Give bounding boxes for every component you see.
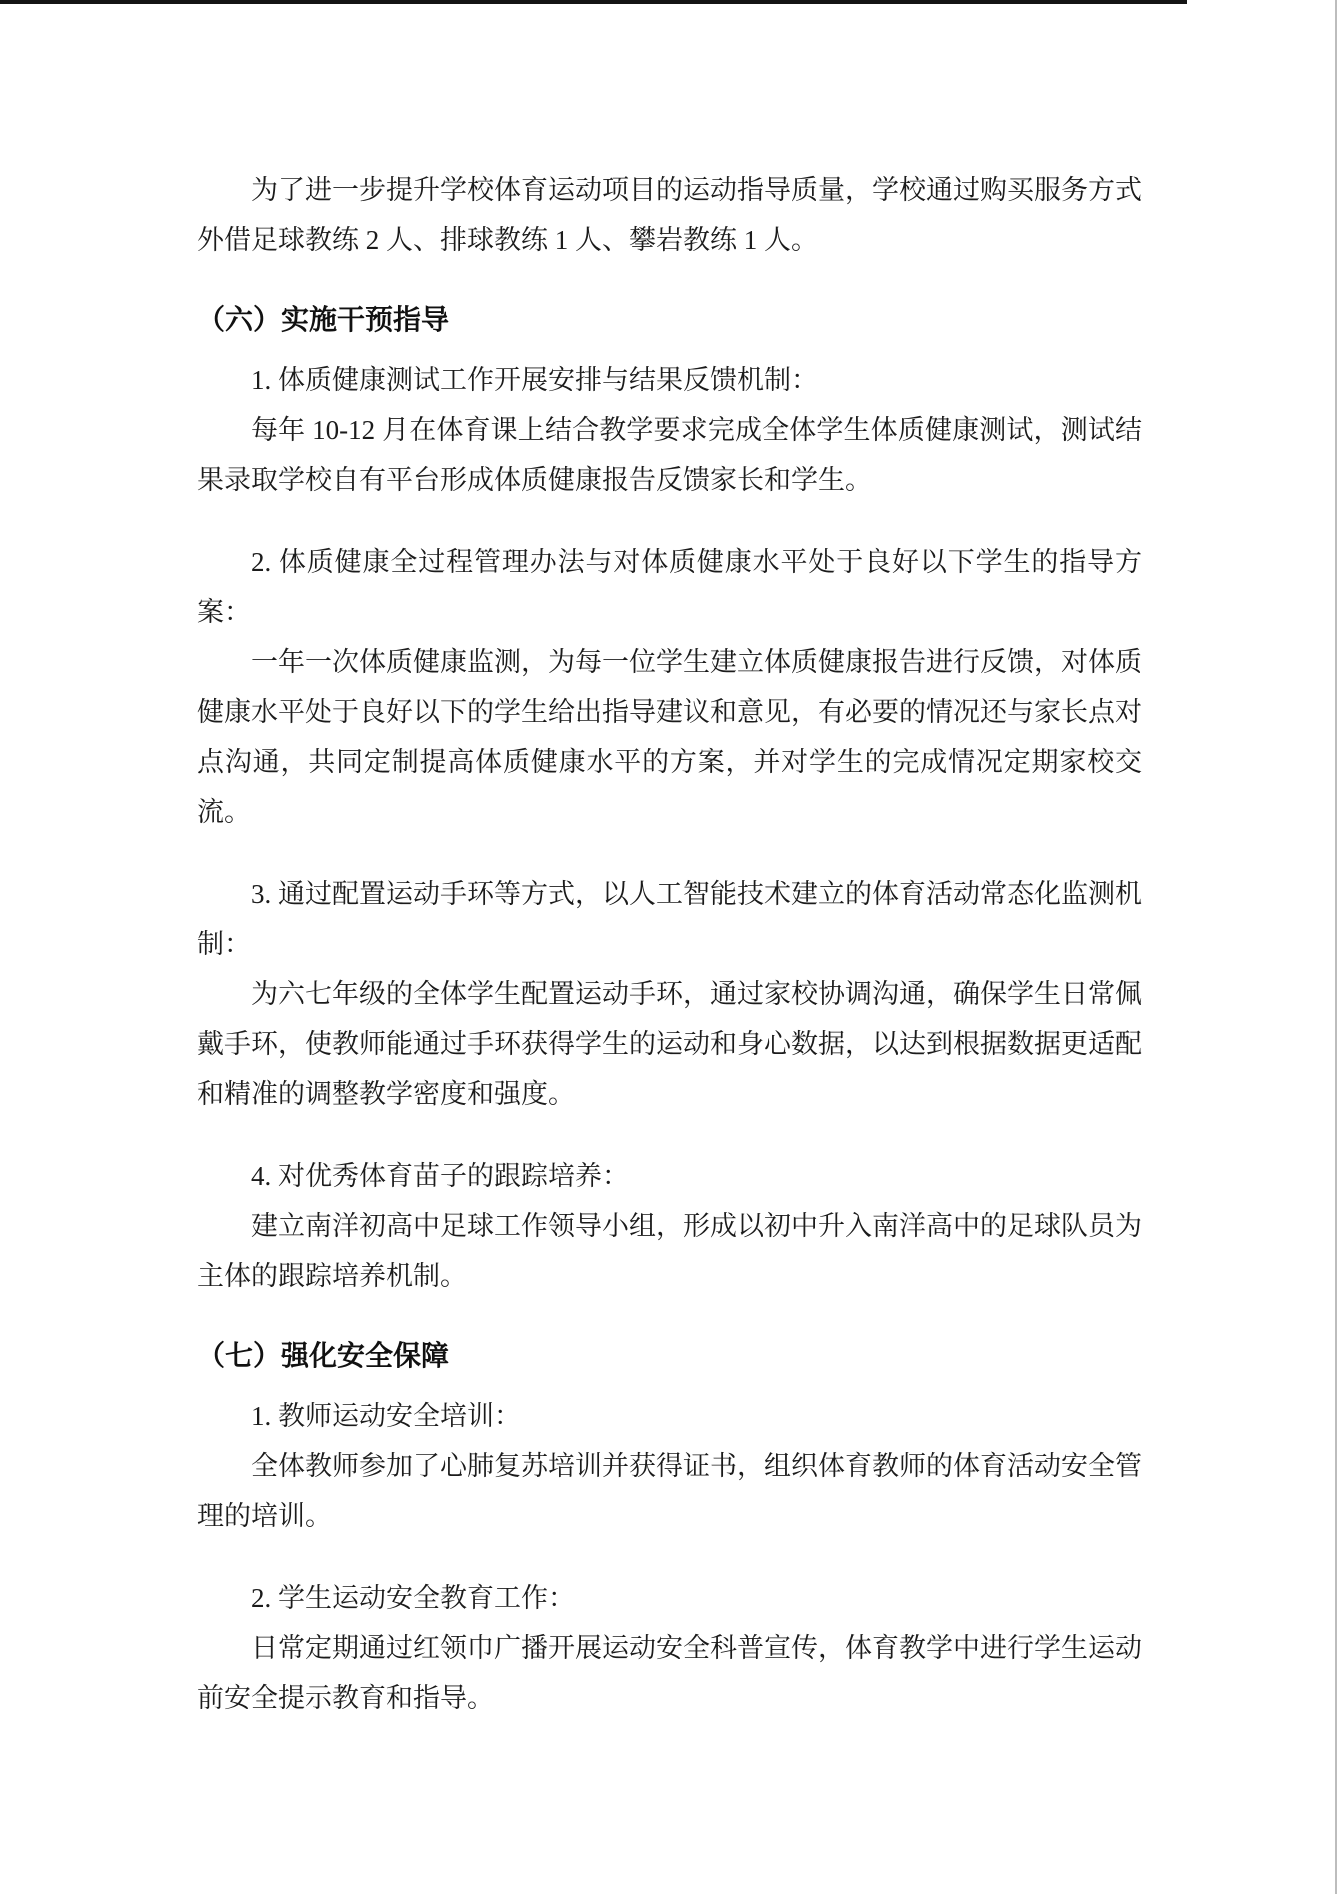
paragraph-6: 一年一次体质健康监测，为每一位学生建立体质健康报告进行反馈，对体质健康水平处于良… <box>197 637 1142 837</box>
paragraph-9: 4. 对优秀体育苗子的跟踪培养： <box>197 1151 1142 1201</box>
paragraph-12: 1. 教师运动安全培训： <box>197 1391 1142 1441</box>
paragraph-8: 为六七年级的全体学生配置运动手环，通过家校协调沟通，确保学生日常佩戴手环，使教师… <box>197 969 1142 1119</box>
paragraph-5: 2. 体质健康全过程管理办法与对体质健康水平处于良好以下学生的指导方案： <box>197 537 1142 637</box>
paragraph-14: 2. 学生运动安全教育工作： <box>197 1573 1142 1623</box>
paragraph-13: 全体教师参加了心肺复苏培训并获得证书，组织体育教师的体育活动安全管理的培训。 <box>197 1441 1142 1541</box>
document-content: 为了进一步提升学校体育运动项目的运动指导质量，学校通过购买服务方式外借足球教练 … <box>197 165 1142 1723</box>
paragraph-4: 每年 10-12 月在体育课上结合教学要求完成全体学生体质健康测试，测试结果录取… <box>197 405 1142 505</box>
document-page: 为了进一步提升学校体育运动项目的运动指导质量，学校通过购买服务方式外借足球教练 … <box>0 0 1339 1894</box>
paragraph-15: 日常定期通过红领巾广播开展运动安全科普宣传，体育教学中进行学生运动前安全提示教育… <box>197 1623 1142 1723</box>
section-heading: （七）强化安全保障 <box>197 1331 1142 1381</box>
paragraph-7: 3. 通过配置运动手环等方式，以人工智能技术建立的体育活动常态化监测机制： <box>197 869 1142 969</box>
paragraph-3: 1. 体质健康测试工作开展安排与结果反馈机制： <box>197 355 1142 405</box>
scan-artifact-top-bar <box>0 0 1187 4</box>
scan-artifact-page-edge-line <box>1335 0 1337 1894</box>
paragraph-10: 建立南洋初高中足球工作领导小组，形成以初中升入南洋高中的足球队员为主体的跟踪培养… <box>197 1201 1142 1301</box>
paragraph-1: 为了进一步提升学校体育运动项目的运动指导质量，学校通过购买服务方式外借足球教练 … <box>197 165 1142 265</box>
section-heading: （六）实施干预指导 <box>197 295 1142 345</box>
